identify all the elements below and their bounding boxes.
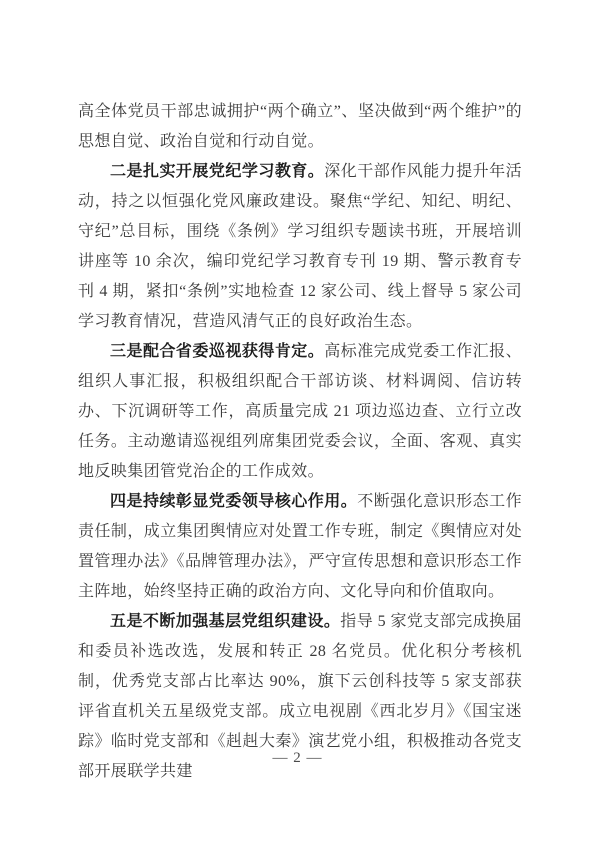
paragraph-section-2: 二是扎实开展党纪学习教育。深化干部作风能力提升年活动，持之以恒强化党风廉政建设。… [78,157,522,337]
paragraph-text: 高标准完成党委工作汇报、组织人事汇报，积极组织配合干部访谈、材料调阅、信访转办、… [78,343,522,480]
paragraph-text: 高全体党员干部忠诚拥护“两个确立”、坚决做到“两个维护”的思想自觉、政治自觉和行… [78,103,522,150]
paragraph-section-4: 四是持续彰显党委领导核心作用。不断强化意识形态工作责任制，成立集团舆情应对处置工… [78,487,522,607]
paragraph-heading: 五是不断加强基层党组织建设。 [110,613,340,630]
document-body: 高全体党员干部忠诚拥护“两个确立”、坚决做到“两个维护”的思想自觉、政治自觉和行… [78,97,522,787]
paragraph-continuation: 高全体党员干部忠诚拥护“两个确立”、坚决做到“两个维护”的思想自觉、政治自觉和行… [78,97,522,157]
paragraph-section-3: 三是配合省委巡视获得肯定。高标准完成党委工作汇报、组织人事汇报，积极组织配合干部… [78,337,522,487]
paragraph-heading: 三是配合省委巡视获得肯定。 [110,343,324,360]
paragraph-heading: 二是扎实开展党纪学习教育。 [110,163,324,180]
page-number: — 2 — [0,750,595,767]
paragraph-heading: 四是持续彰显党委领导核心作用。 [110,493,357,510]
document-page: 高全体党员干部忠诚拥护“两个确立”、坚决做到“两个维护”的思想自觉、政治自觉和行… [0,0,595,841]
paragraph-text: 深化干部作风能力提升年活动，持之以恒强化党风廉政建设。聚焦“学纪、知纪、明纪、守… [78,163,522,330]
